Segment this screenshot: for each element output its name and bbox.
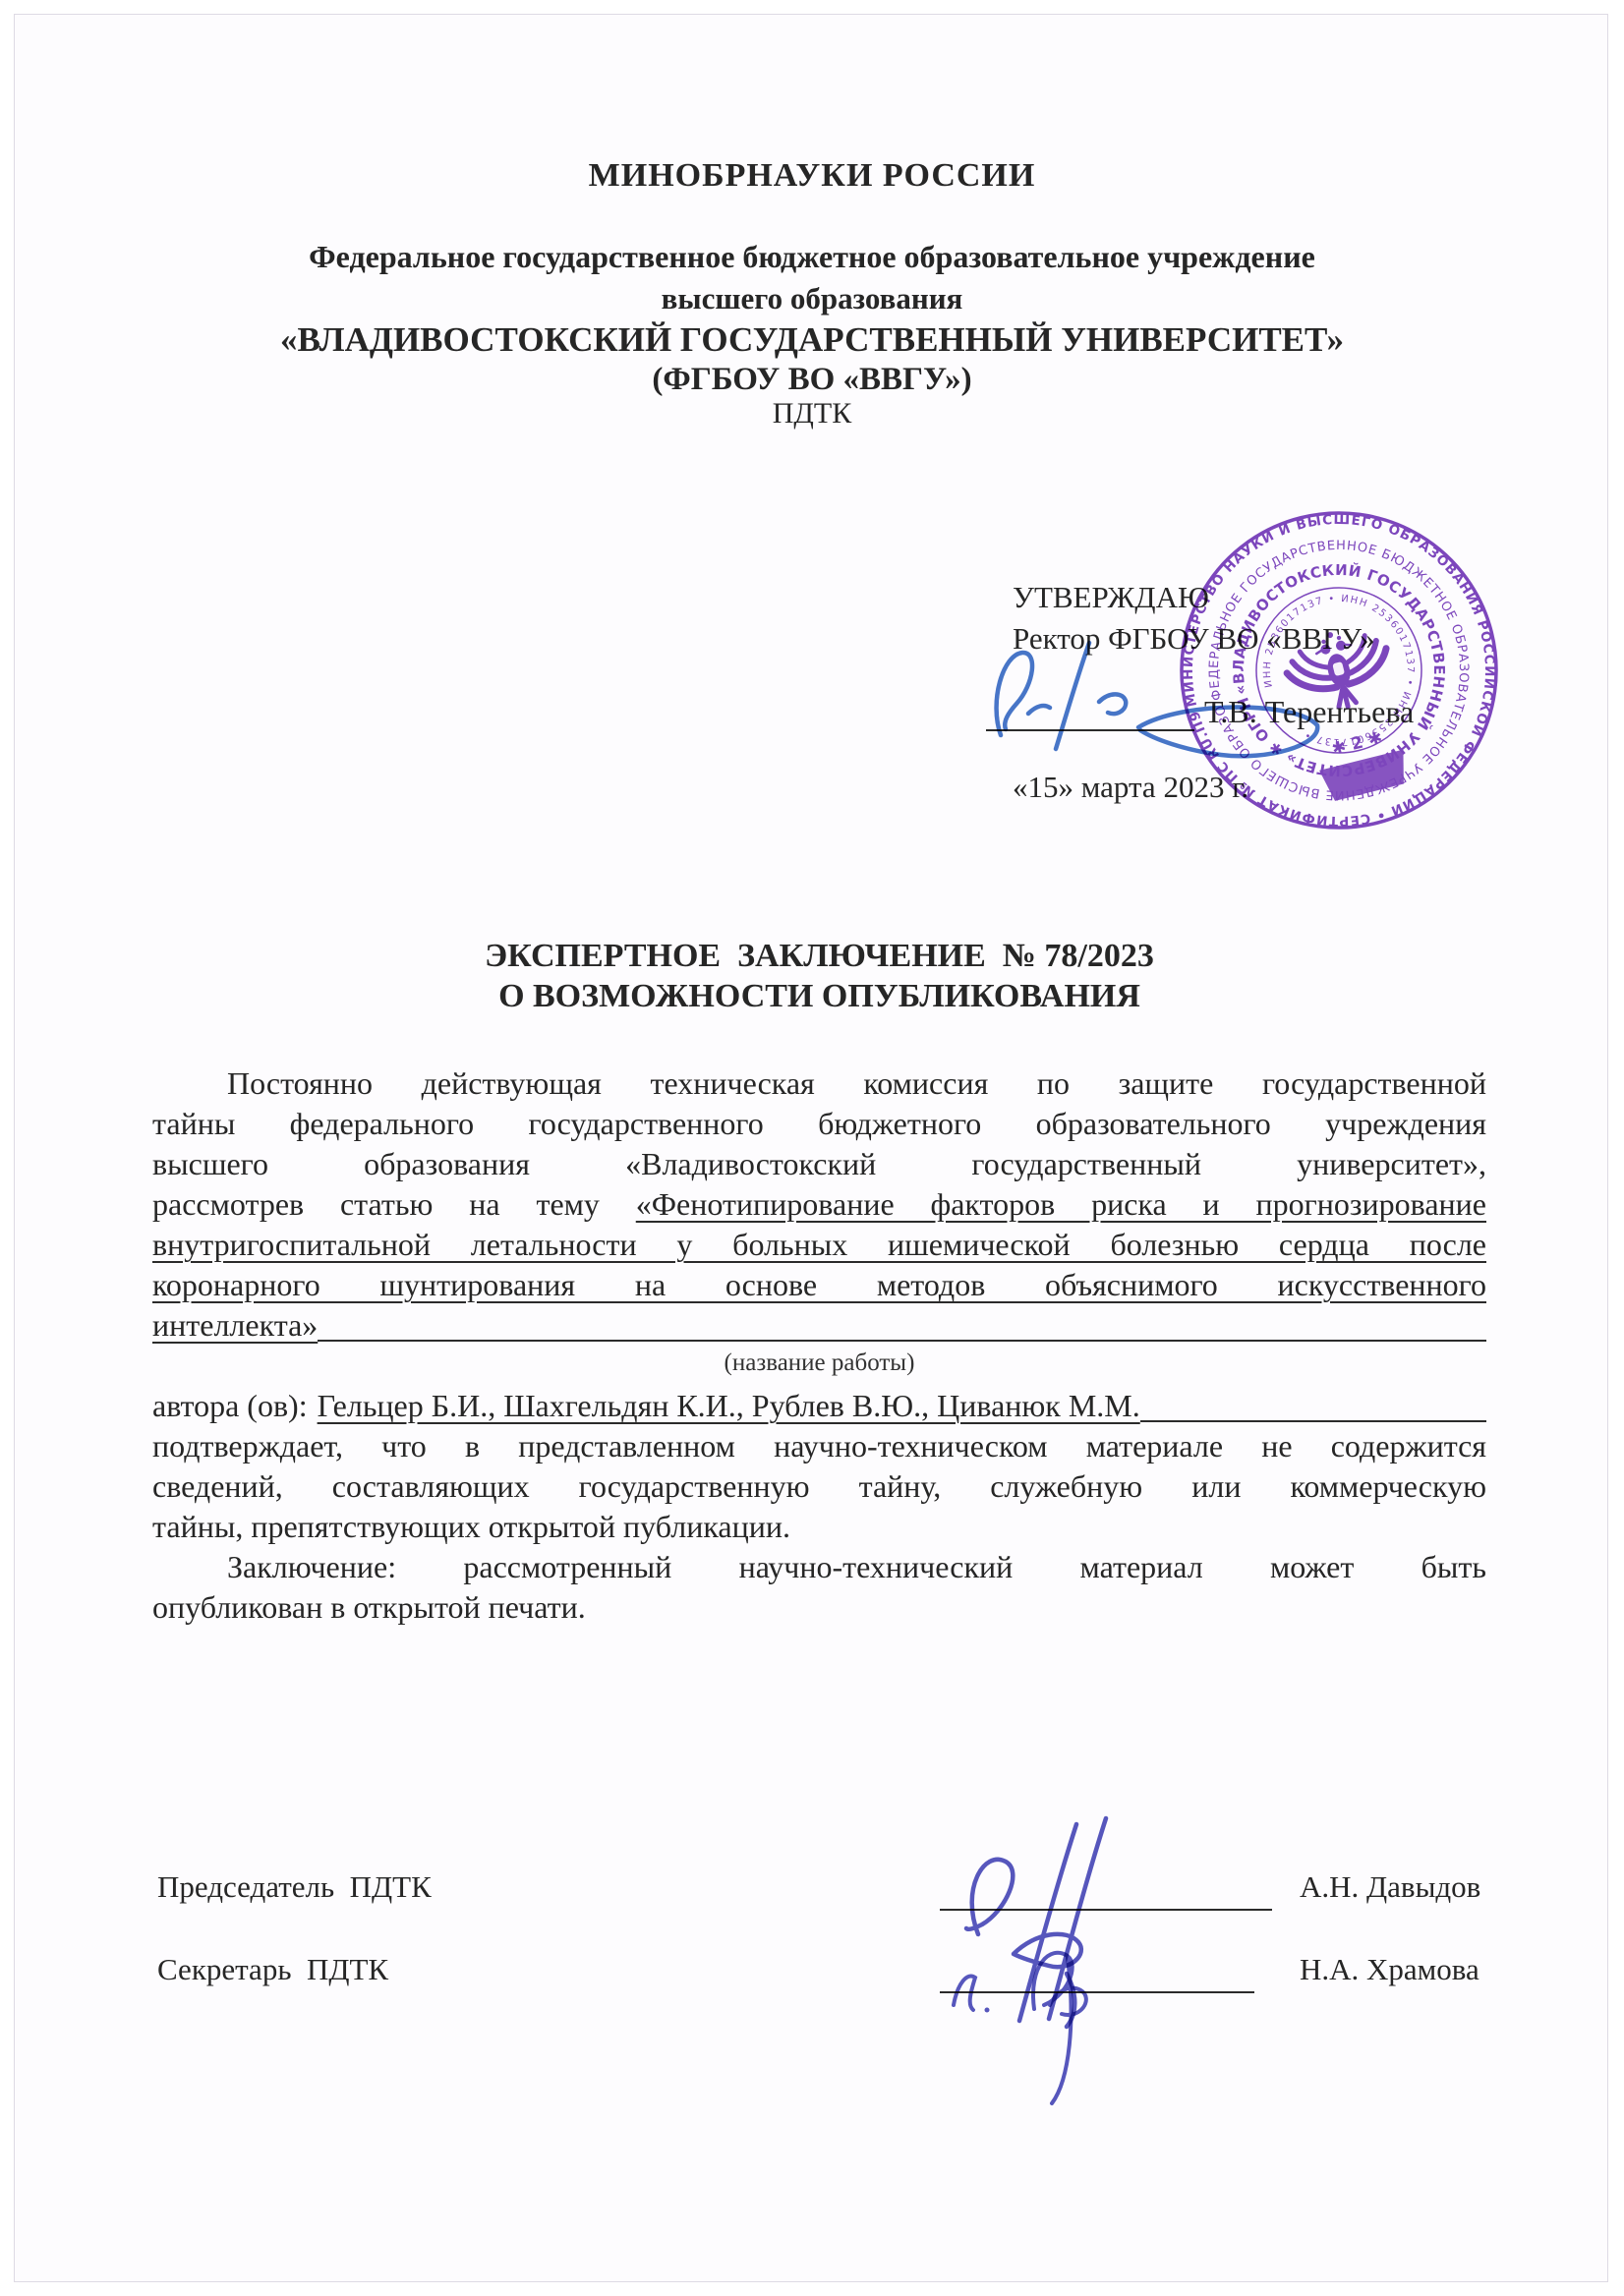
secretary-signature — [924, 1915, 1219, 2121]
body-line: подтверждает, что в представленном научн… — [152, 1426, 1486, 1466]
university-seal: МИНИСТЕРСТВО НАУКИ И ВЫСШЕГО ОБРАЗОВАНИЯ… — [1172, 503, 1506, 837]
org-line2: высшего образования — [144, 281, 1480, 316]
conclusion-line: Заключение: рассмотренный научно-техниче… — [152, 1547, 1486, 1587]
authors-line: автора (ов):Гельцер Б.И., Шахгельдян К.И… — [152, 1386, 1486, 1426]
body-line: коронарного шунтирования на основе метод… — [152, 1265, 1486, 1305]
org-name: «ВЛАДИВОСТОКСКИЙ ГОСУДАРСТВЕННЫЙ УНИВЕРС… — [144, 320, 1480, 360]
ministry-line: МИНОБРНАУКИ РОССИИ — [144, 157, 1480, 195]
work-title: интеллекта» — [152, 1305, 318, 1346]
body-line: Постоянно действующая техническая комисс… — [152, 1063, 1486, 1104]
body-text: Постоянно действующая техническая комисс… — [152, 1063, 1486, 1628]
body-line: сведений, составляющих государственную т… — [152, 1466, 1486, 1507]
body-line: внутригоспитальной летальности у больных… — [152, 1225, 1486, 1265]
work-title: внутригоспитальной летальности у больных… — [152, 1227, 1486, 1262]
document-title: ЭКСПЕРТНОЕ ЗАКЛЮЧЕНИЕ № 78/2023 О ВОЗМОЖ… — [152, 936, 1486, 1016]
body-line: высшего образования «Владивостокский гос… — [152, 1144, 1486, 1184]
work-title: коронарного шунтирования на основе метод… — [152, 1267, 1486, 1302]
blank-line — [1140, 1386, 1486, 1422]
committee-abbr: ПДТК — [144, 397, 1480, 430]
authors-prefix: автора (ов): — [152, 1386, 318, 1426]
body-line-prefix: рассмотрев статью на тему — [152, 1186, 636, 1222]
secretary-label: Секретарь ПДТК — [157, 1952, 388, 1987]
work-title: «Фенотипирование факторов риска и прогно… — [636, 1186, 1486, 1222]
body-line: рассмотрев статью на тему «Фенотипирован… — [152, 1184, 1486, 1225]
conclusion-line: опубликован в открытой печати. — [152, 1587, 1486, 1628]
chairman-label: Председатель ПДТК — [157, 1869, 432, 1905]
title-line1: ЭКСПЕРТНОЕ ЗАКЛЮЧЕНИЕ № 78/2023 — [152, 936, 1486, 976]
body-line: тайны, препятствующих открытой публикаци… — [152, 1507, 1486, 1547]
secretary-name: Н.А. Храмова — [1300, 1952, 1479, 1987]
work-title-caption: (название работы) — [152, 1346, 1486, 1386]
chairman-name: А.Н. Давыдов — [1300, 1869, 1480, 1905]
body-line: тайны федерального государственного бюдж… — [152, 1104, 1486, 1144]
blank-line — [318, 1305, 1486, 1342]
body-line: интеллекта» — [152, 1305, 1486, 1346]
double-eagle-icon — [1280, 620, 1398, 719]
org-abbr: (ФГБОУ ВО «ВВГУ») — [144, 362, 1480, 398]
title-line2: О ВОЗМОЖНОСТИ ОПУБЛИКОВАНИЯ — [152, 976, 1486, 1016]
org-line1: Федеральное государственное бюджетное об… — [144, 239, 1480, 275]
authors-names: Гельцер Б.И., Шахгельдян К.И., Рублев В.… — [318, 1386, 1140, 1426]
document-page: МИНОБРНАУКИ РОССИИ Федеральное государст… — [0, 0, 1624, 2296]
